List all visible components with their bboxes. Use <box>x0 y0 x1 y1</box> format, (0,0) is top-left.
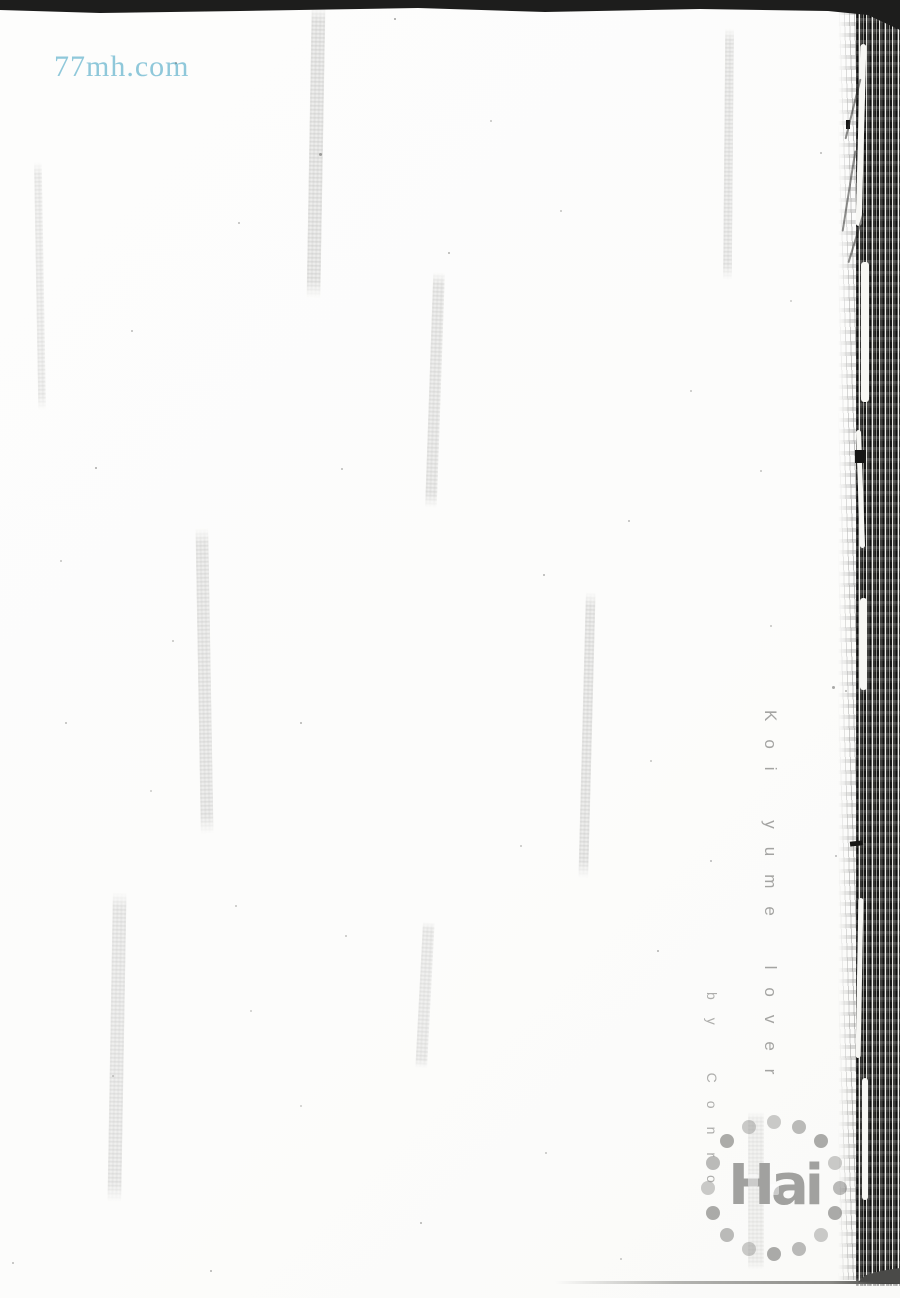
stamp-dot <box>814 1228 828 1242</box>
dust-speck <box>394 18 396 20</box>
stamp-dot <box>767 1115 781 1129</box>
stamp-dot <box>792 1242 806 1256</box>
dust-speck <box>650 760 652 762</box>
dust-speck <box>172 640 174 642</box>
dust-speck <box>150 790 152 792</box>
scanned-page: 77mh.com Koi yume lover by Conro Hai <box>0 0 900 1298</box>
dust-speck <box>345 935 347 937</box>
dust-speck <box>210 1270 212 1272</box>
dust-speck <box>710 860 712 862</box>
scan-top-bar <box>0 0 900 32</box>
watermark-text: 77mh.com <box>54 50 190 84</box>
dust-speck <box>790 300 792 302</box>
stamp-dot <box>720 1228 734 1242</box>
dust-speck <box>341 468 343 470</box>
scan-streak <box>107 892 126 1202</box>
scan-streak <box>306 6 325 298</box>
dust-speck <box>238 222 240 224</box>
dust-speck <box>832 686 835 689</box>
dust-speck <box>319 153 322 156</box>
scan-streak <box>578 592 595 878</box>
dust-speck <box>300 1105 302 1107</box>
dust-speck <box>448 252 450 254</box>
dust-speck <box>690 390 692 392</box>
stamp-dot <box>792 1120 806 1134</box>
dust-speck <box>657 950 659 952</box>
dust-speck <box>770 625 772 627</box>
scan-bottom-shadow-line <box>555 1281 900 1284</box>
dust-speck <box>760 470 762 472</box>
stamp-dot <box>742 1242 756 1256</box>
dust-speck <box>112 1075 114 1077</box>
dust-speck <box>545 1152 547 1154</box>
scan-streak <box>425 272 445 508</box>
dust-speck <box>620 1258 622 1260</box>
dust-speck <box>628 520 630 522</box>
page-edge-highlight <box>862 1078 868 1200</box>
dust-speck <box>835 855 837 857</box>
stamp-photo-speck <box>770 1184 779 1195</box>
page-edge-highlight <box>860 598 867 690</box>
stamp-photo-speck <box>748 1174 758 1187</box>
scan-streak <box>34 162 46 410</box>
stamp-dot <box>706 1206 720 1220</box>
dust-speck <box>235 905 237 907</box>
dust-speck <box>300 722 302 724</box>
dust-speck <box>543 574 545 576</box>
scan-streak <box>415 922 435 1068</box>
stamp-dot <box>742 1120 756 1134</box>
stamp-dot <box>706 1156 720 1170</box>
page-edge-highlight <box>861 262 869 402</box>
dust-speck <box>420 1222 422 1224</box>
dust-speck <box>12 1262 14 1264</box>
dust-speck <box>175 62 177 64</box>
scanlation-stamp: Hai <box>708 1122 840 1254</box>
stamp-dot <box>814 1134 828 1148</box>
page-edge-blot <box>855 450 866 463</box>
dust-speck <box>520 845 522 847</box>
stamp-dot <box>767 1247 781 1261</box>
dust-speck <box>250 1010 252 1012</box>
vertical-title-text: Koi yume lover <box>760 710 780 1092</box>
dust-speck <box>131 330 133 332</box>
scan-streak <box>195 528 213 834</box>
stamp-dot <box>701 1181 715 1195</box>
dust-speck <box>60 560 62 562</box>
dust-speck <box>820 152 822 154</box>
stamp-dot <box>720 1134 734 1148</box>
dust-speck <box>95 467 97 469</box>
scan-streak <box>723 28 734 280</box>
dust-speck <box>490 120 492 122</box>
dust-speck <box>560 210 562 212</box>
dust-speck <box>65 722 67 724</box>
